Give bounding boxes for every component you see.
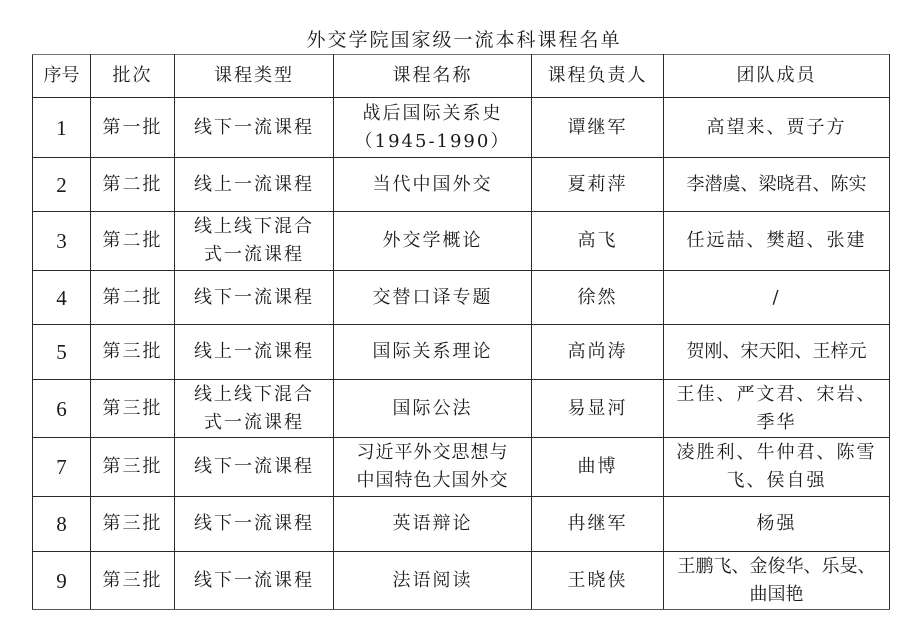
cell-leader: 曲博 (532, 438, 664, 497)
cell-course-name: 法语阅读 (334, 552, 532, 610)
cell-course-type: 线上线下混合式一流课程 (175, 380, 334, 438)
cell-leader: 谭继军 (532, 98, 664, 158)
cell-batch: 第二批 (91, 271, 175, 325)
cell-team: 李潜虞、梁晓君、陈实 (664, 158, 890, 212)
cell-index: 3 (33, 212, 91, 271)
cell-course-type: 线下一流课程 (175, 98, 334, 158)
cell-batch: 第三批 (91, 438, 175, 497)
cell-batch: 第三批 (91, 380, 175, 438)
header-leader: 课程负责人 (532, 55, 664, 98)
table-row: 1 第一批 线下一流课程 战后国际关系史（1945-1990） 谭继军 高望来、… (33, 98, 890, 158)
cell-batch: 第一批 (91, 98, 175, 158)
cell-course-name: 英语辩论 (334, 497, 532, 552)
table-row: 2 第二批 线上一流课程 当代中国外交 夏莉萍 李潜虞、梁晓君、陈实 (33, 158, 890, 212)
cell-team: 杨强 (664, 497, 890, 552)
cell-leader: 夏莉萍 (532, 158, 664, 212)
cell-team: 王佳、严文君、宋岩、季华 (664, 380, 890, 438)
cell-course-name: 外交学概论 (334, 212, 532, 271)
cell-team: 凌胜利、牛仲君、陈雪飞、侯自强 (664, 438, 890, 497)
cell-index: 6 (33, 380, 91, 438)
table-row: 4 第二批 线下一流课程 交替口译专题 徐然 / (33, 271, 890, 325)
cell-course-type: 线下一流课程 (175, 271, 334, 325)
cell-index: 8 (33, 497, 91, 552)
cell-batch: 第二批 (91, 212, 175, 271)
cell-course-type: 线上一流课程 (175, 158, 334, 212)
header-course-type: 课程类型 (175, 55, 334, 98)
cell-team: 贺刚、宋天阳、王梓元 (664, 325, 890, 380)
cell-batch: 第三批 (91, 497, 175, 552)
header-index: 序号 (33, 55, 91, 98)
cell-index: 1 (33, 98, 91, 158)
cell-leader: 易显河 (532, 380, 664, 438)
cell-course-type: 线上线下混合式一流课程 (175, 212, 334, 271)
cell-course-type: 线下一流课程 (175, 497, 334, 552)
cell-course-name: 当代中国外交 (334, 158, 532, 212)
cell-batch: 第二批 (91, 158, 175, 212)
cell-course-type: 线下一流课程 (175, 552, 334, 610)
table-row: 7 第三批 线下一流课程 习近平外交思想与中国特色大国外交 曲博 凌胜利、牛仲君… (33, 438, 890, 497)
cell-team: / (664, 271, 890, 325)
cell-leader: 冉继军 (532, 497, 664, 552)
cell-course-name: 战后国际关系史（1945-1990） (334, 98, 532, 158)
header-team: 团队成员 (664, 55, 890, 98)
cell-course-name: 国际公法 (334, 380, 532, 438)
cell-batch: 第三批 (91, 552, 175, 610)
table-row: 6 第三批 线上线下混合式一流课程 国际公法 易显河 王佳、严文君、宋岩、季华 (33, 380, 890, 438)
table-row: 9 第三批 线下一流课程 法语阅读 王晓侠 王鹏飞、金俊华、乐旻、曲国艳 (33, 552, 890, 610)
table-row: 3 第二批 线上线下混合式一流课程 外交学概论 高飞 任远喆、樊超、张建 (33, 212, 890, 271)
cell-index: 4 (33, 271, 91, 325)
header-batch: 批次 (91, 55, 175, 98)
cell-team: 高望来、贾子方 (664, 98, 890, 158)
cell-leader: 徐然 (532, 271, 664, 325)
cell-batch: 第三批 (91, 325, 175, 380)
cell-index: 7 (33, 438, 91, 497)
cell-index: 5 (33, 325, 91, 380)
table-header-row: 序号 批次 课程类型 课程名称 课程负责人 团队成员 (33, 55, 890, 98)
cell-course-type: 线上一流课程 (175, 325, 334, 380)
table-row: 8 第三批 线下一流课程 英语辩论 冉继军 杨强 (33, 497, 890, 552)
cell-course-type: 线下一流课程 (175, 438, 334, 497)
cell-team: 王鹏飞、金俊华、乐旻、曲国艳 (664, 552, 890, 610)
cell-course-name: 国际关系理论 (334, 325, 532, 380)
cell-course-name: 交替口译专题 (334, 271, 532, 325)
cell-leader: 高飞 (532, 212, 664, 271)
course-list-table: 序号 批次 课程类型 课程名称 课程负责人 团队成员 1 第一批 线下一流课程 … (32, 54, 890, 610)
header-course-name: 课程名称 (334, 55, 532, 98)
cell-index: 2 (33, 158, 91, 212)
cell-leader: 王晓侠 (532, 552, 664, 610)
cell-leader: 高尚涛 (532, 325, 664, 380)
document-title: 外交学院国家级一流本科课程名单 (0, 28, 918, 52)
cell-course-name: 习近平外交思想与中国特色大国外交 (334, 438, 532, 497)
table-row: 5 第三批 线上一流课程 国际关系理论 高尚涛 贺刚、宋天阳、王梓元 (33, 325, 890, 380)
cell-team: 任远喆、樊超、张建 (664, 212, 890, 271)
cell-index: 9 (33, 552, 91, 610)
